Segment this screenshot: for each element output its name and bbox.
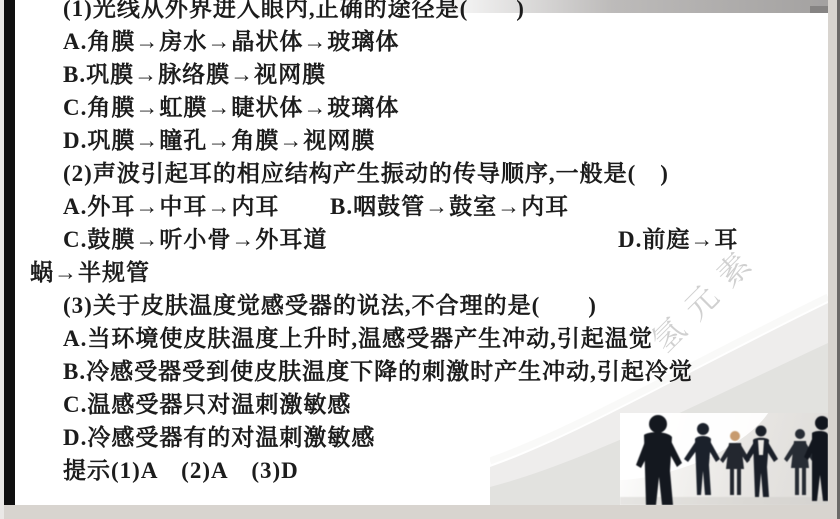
q1-option-c-line: C.角膜→虹膜→睫状体→玻璃体 [63, 91, 399, 124]
q1-option-d-line: D.巩膜→瞳孔→角膜→视网膜 [63, 124, 375, 157]
q3-option-b-line: B.冷感受器受到使皮肤温度下降的刺激时产生冲动,引起冷觉 [63, 355, 693, 388]
q2-options-ab-line: A.外耳→中耳→内耳 B.咽鼓管→鼓室→内耳 [63, 190, 828, 223]
right-beige-strip [828, 0, 837, 505]
q3-stem-line: (3)关于皮肤温度觉感受器的说法,不合理的是( ) [63, 289, 597, 322]
q2-option-c: C.鼓膜→听小骨→外耳道 [63, 223, 327, 256]
q3-option-c-line: C.温感受器只对温刺激敏感 [63, 388, 351, 421]
people-photo [620, 413, 828, 505]
q1-stem-line: (1)光线从外界进入眼内,正确的途径是( ) [63, 0, 525, 25]
q1-option-a-line: A.角膜→房水→晶状体→玻璃体 [63, 25, 399, 58]
slide-canvas: 氢元素 [0, 0, 840, 519]
q1-option-b-line: B.巩膜→脉络膜→视网膜 [63, 58, 326, 91]
q2-stem-line: (2)声波引起耳的相应结构产生振动的传导顺序,一般是( ) [63, 157, 669, 190]
bottom-beige-strip [4, 505, 840, 519]
q2-option-b: B.咽鼓管→鼓室→内耳 [330, 190, 569, 223]
q3-option-d-line: D.冷感受器有的对温刺激敏感 [63, 421, 375, 454]
q2-option-d-wrap-line: 蜗→半规管 [30, 256, 150, 289]
q3-option-a-line: A.当环境使皮肤温度上升时,温感受器产生冲动,引起温觉 [63, 322, 653, 355]
q2-option-a: A.外耳→中耳→内耳 [63, 190, 279, 223]
left-black-bar [4, 0, 15, 505]
people-silhouettes-illustration [620, 413, 828, 505]
answer-hint-line: 提示(1)A (2)A (3)D [63, 454, 299, 487]
q2-option-d: D.前庭→耳 [618, 223, 738, 256]
q2-options-cd-line: C.鼓膜→听小骨→外耳道 D.前庭→耳 [63, 223, 828, 256]
